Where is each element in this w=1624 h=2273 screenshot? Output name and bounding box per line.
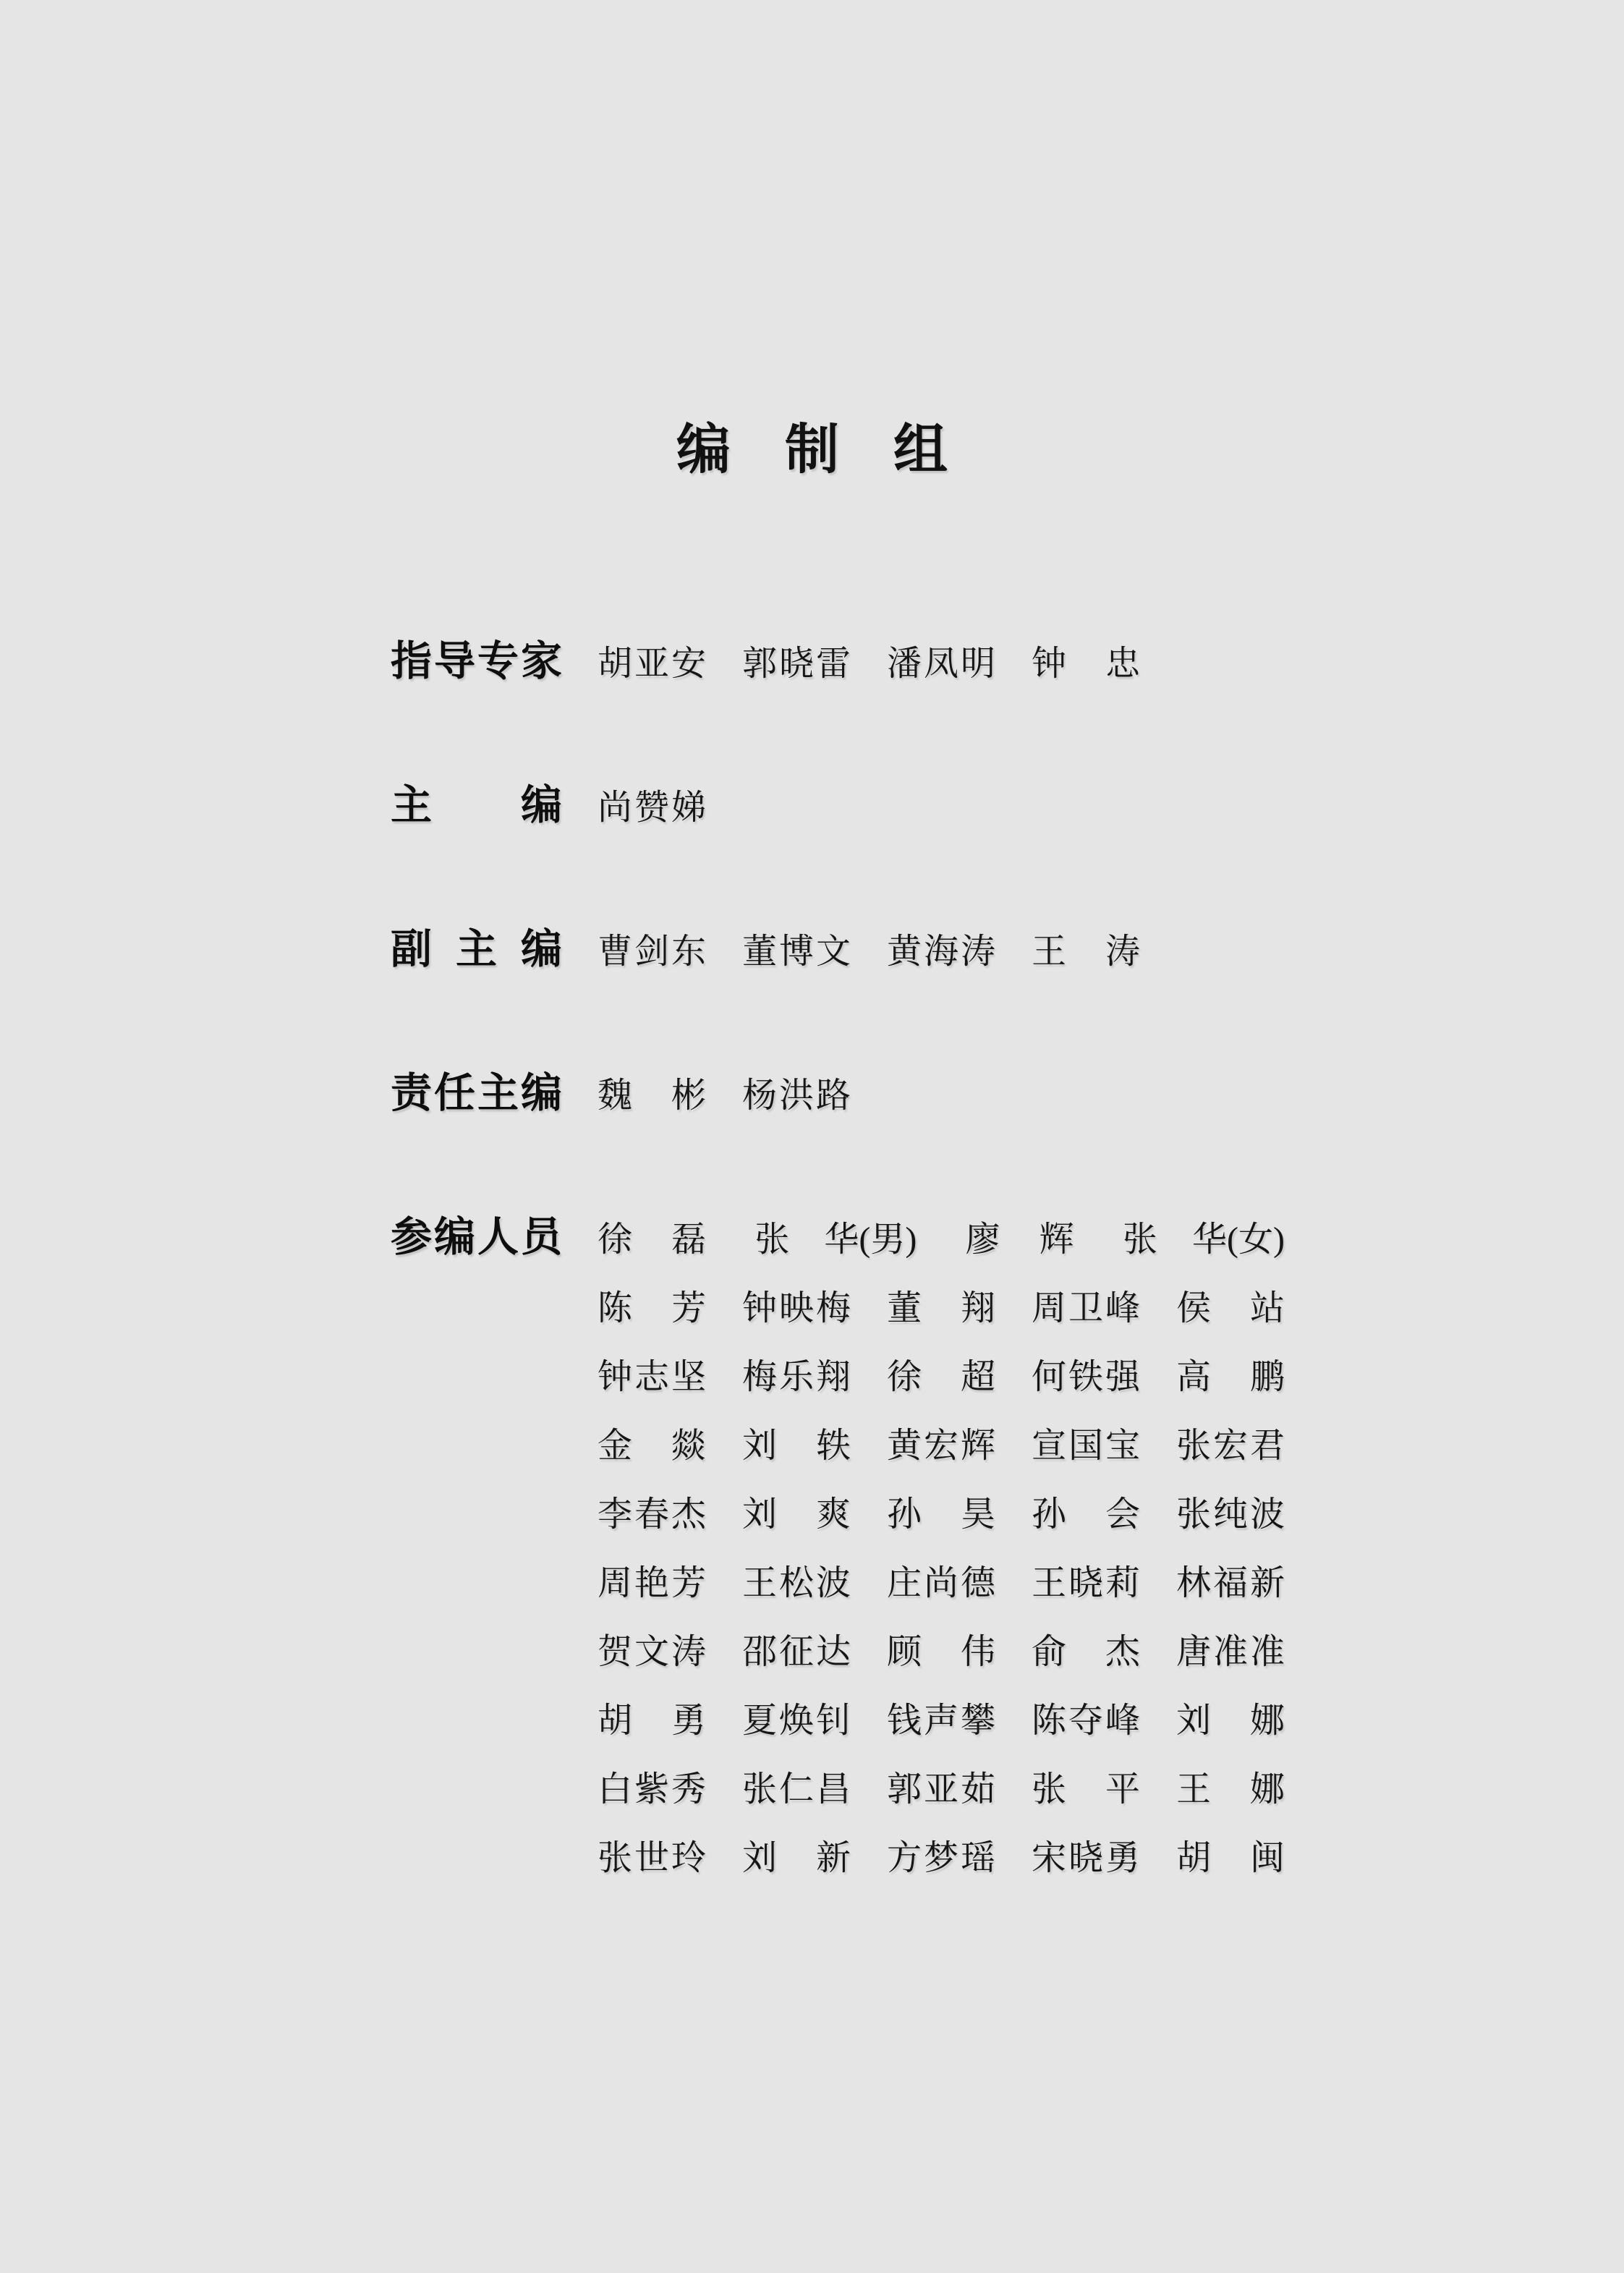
person-name: 孙 昊: [887, 1497, 995, 1532]
names-rows: 尚赞娣: [598, 791, 1285, 825]
names-row: 陈 芳钟映梅董 翔周卫峰侯 站: [598, 1291, 1285, 1326]
person-name: 曹剑东: [598, 935, 706, 969]
section: 责任主编 魏 彬杨洪路: [391, 1076, 1317, 1113]
person-name: 钟 忠: [1032, 647, 1140, 681]
person-name: 尚赞娣: [598, 791, 706, 825]
names-row: 胡亚安郭晓雷潘凤明钟 忠: [598, 647, 1285, 681]
names-row: 魏 彬杨洪路: [598, 1079, 1285, 1113]
names-row: 钟志坚梅乐翔徐 超何铁强高 鹏: [598, 1360, 1285, 1395]
person-name: 黄海涛: [887, 935, 995, 969]
person-name: 何铁强: [1032, 1360, 1140, 1395]
person-name: 王晓莉: [1032, 1566, 1140, 1601]
person-name: 张 华(女): [1123, 1223, 1285, 1257]
names-rows: 徐 磊张 华(男)廖 辉张 华(女)陈 芳钟映梅董 翔周卫峰侯 站钟志坚梅乐翔徐…: [598, 1223, 1285, 1876]
person-name: 王 涛: [1032, 935, 1140, 969]
person-name: 刘 新: [742, 1841, 851, 1876]
person-name: 孙 会: [1032, 1497, 1140, 1532]
person-name: 杨洪路: [742, 1079, 851, 1113]
person-name: 胡 闽: [1176, 1841, 1285, 1876]
person-name: 方梦瑶: [887, 1841, 995, 1876]
person-name: 邵征达: [742, 1635, 851, 1670]
person-name: 廖 辉: [966, 1223, 1074, 1257]
person-name: 董博文: [742, 935, 851, 969]
person-name: 顾 伟: [887, 1635, 995, 1670]
person-name: 宋晓勇: [1032, 1841, 1140, 1876]
person-name: 夏焕钊: [742, 1704, 851, 1738]
person-name: 黄宏辉: [887, 1429, 995, 1463]
person-name: 李春杰: [598, 1497, 706, 1532]
person-name: 侯 站: [1176, 1291, 1285, 1326]
person-name: 钟志坚: [598, 1360, 706, 1395]
person-name: 高 鹏: [1176, 1360, 1285, 1395]
person-name: 王松波: [742, 1566, 851, 1601]
names-rows: 曹剑东董博文黄海涛王 涛: [598, 935, 1285, 969]
person-name: 钟映梅: [742, 1291, 851, 1326]
names-row: 周艳芳王松波庄尚德王晓莉林福新: [598, 1566, 1285, 1601]
person-name: 陈 芳: [598, 1291, 706, 1326]
person-name: 梅乐翔: [742, 1360, 851, 1395]
names-row: 曹剑东董博文黄海涛王 涛: [598, 935, 1285, 969]
person-name: 潘凤明: [887, 647, 995, 681]
person-name: 周艳芳: [598, 1566, 706, 1601]
person-name: 陈夺峰: [1032, 1704, 1140, 1738]
person-name: 徐 磊: [598, 1223, 706, 1257]
section: 副主编 曹剑东董博文黄海涛王 涛: [391, 932, 1317, 969]
section: 指导专家 胡亚安郭晓雷潘凤明钟 忠: [391, 644, 1317, 681]
person-name: 贺文涛: [598, 1635, 706, 1670]
sections: 指导专家 胡亚安郭晓雷潘凤明钟 忠 主编 尚赞娣 副主编 曹剑东董博文黄海涛王 …: [391, 644, 1317, 1876]
person-name: 胡亚安: [598, 647, 706, 681]
person-name: 林福新: [1176, 1566, 1285, 1601]
names-row: 尚赞娣: [598, 791, 1285, 825]
person-name: 徐 超: [887, 1360, 995, 1395]
section-label: 副主编: [391, 932, 562, 966]
person-name: 刘 轶: [742, 1429, 851, 1463]
person-name: 金 燚: [598, 1429, 706, 1463]
person-name: 张仁昌: [742, 1772, 851, 1807]
person-name: 张世玲: [598, 1841, 706, 1876]
person-name: 刘 爽: [742, 1497, 851, 1532]
names-row: 白紫秀张仁昌郭亚茹张 平王 娜: [598, 1772, 1285, 1807]
person-name: 张纯波: [1176, 1497, 1285, 1532]
page: { "page": { "background_color": "#e5e5e5…: [0, 0, 1624, 2273]
person-name: 俞 杰: [1032, 1635, 1140, 1670]
section-label: 参编人员: [391, 1220, 562, 1254]
person-name: 钱声攀: [887, 1704, 995, 1738]
names-rows: 魏 彬杨洪路: [598, 1079, 1285, 1113]
names-row: 张世玲刘 新方梦瑶宋晓勇胡 闽: [598, 1841, 1285, 1876]
person-name: 胡 勇: [598, 1704, 706, 1738]
names-row: 李春杰刘 爽孙 昊孙 会张纯波: [598, 1497, 1285, 1532]
names-row: 贺文涛邵征达顾 伟俞 杰唐准准: [598, 1635, 1285, 1670]
person-name: 董 翔: [887, 1291, 995, 1326]
names-row: 胡 勇夏焕钊钱声攀陈夺峰刘 娜: [598, 1704, 1285, 1738]
person-name: 庄尚德: [887, 1566, 995, 1601]
person-name: 周卫峰: [1032, 1291, 1140, 1326]
person-name: 魏 彬: [598, 1079, 706, 1113]
names-row: 徐 磊张 华(男)廖 辉张 华(女): [598, 1223, 1285, 1257]
page-title: 编 制 组: [0, 423, 1624, 477]
section: 参编人员 徐 磊张 华(男)廖 辉张 华(女)陈 芳钟映梅董 翔周卫峰侯 站钟志…: [391, 1220, 1317, 1876]
person-name: 宣国宝: [1032, 1429, 1140, 1463]
person-name: 张 华(男): [754, 1223, 917, 1257]
names-rows: 胡亚安郭晓雷潘凤明钟 忠: [598, 647, 1285, 681]
person-name: 郭亚茹: [887, 1772, 995, 1807]
person-name: 刘 娜: [1176, 1704, 1285, 1738]
person-name: 唐准准: [1176, 1635, 1285, 1670]
section-label: 责任主编: [391, 1076, 562, 1110]
person-name: 郭晓雷: [742, 647, 851, 681]
names-row: 金 燚刘 轶黄宏辉宣国宝张宏君: [598, 1429, 1285, 1463]
person-name: 张 平: [1032, 1772, 1140, 1807]
person-name: 王 娜: [1176, 1772, 1285, 1807]
person-name: 白紫秀: [598, 1772, 706, 1807]
section: 主编 尚赞娣: [391, 788, 1317, 825]
section-label: 指导专家: [391, 644, 562, 679]
section-label: 主编: [391, 788, 562, 823]
person-name: 张宏君: [1176, 1429, 1285, 1463]
